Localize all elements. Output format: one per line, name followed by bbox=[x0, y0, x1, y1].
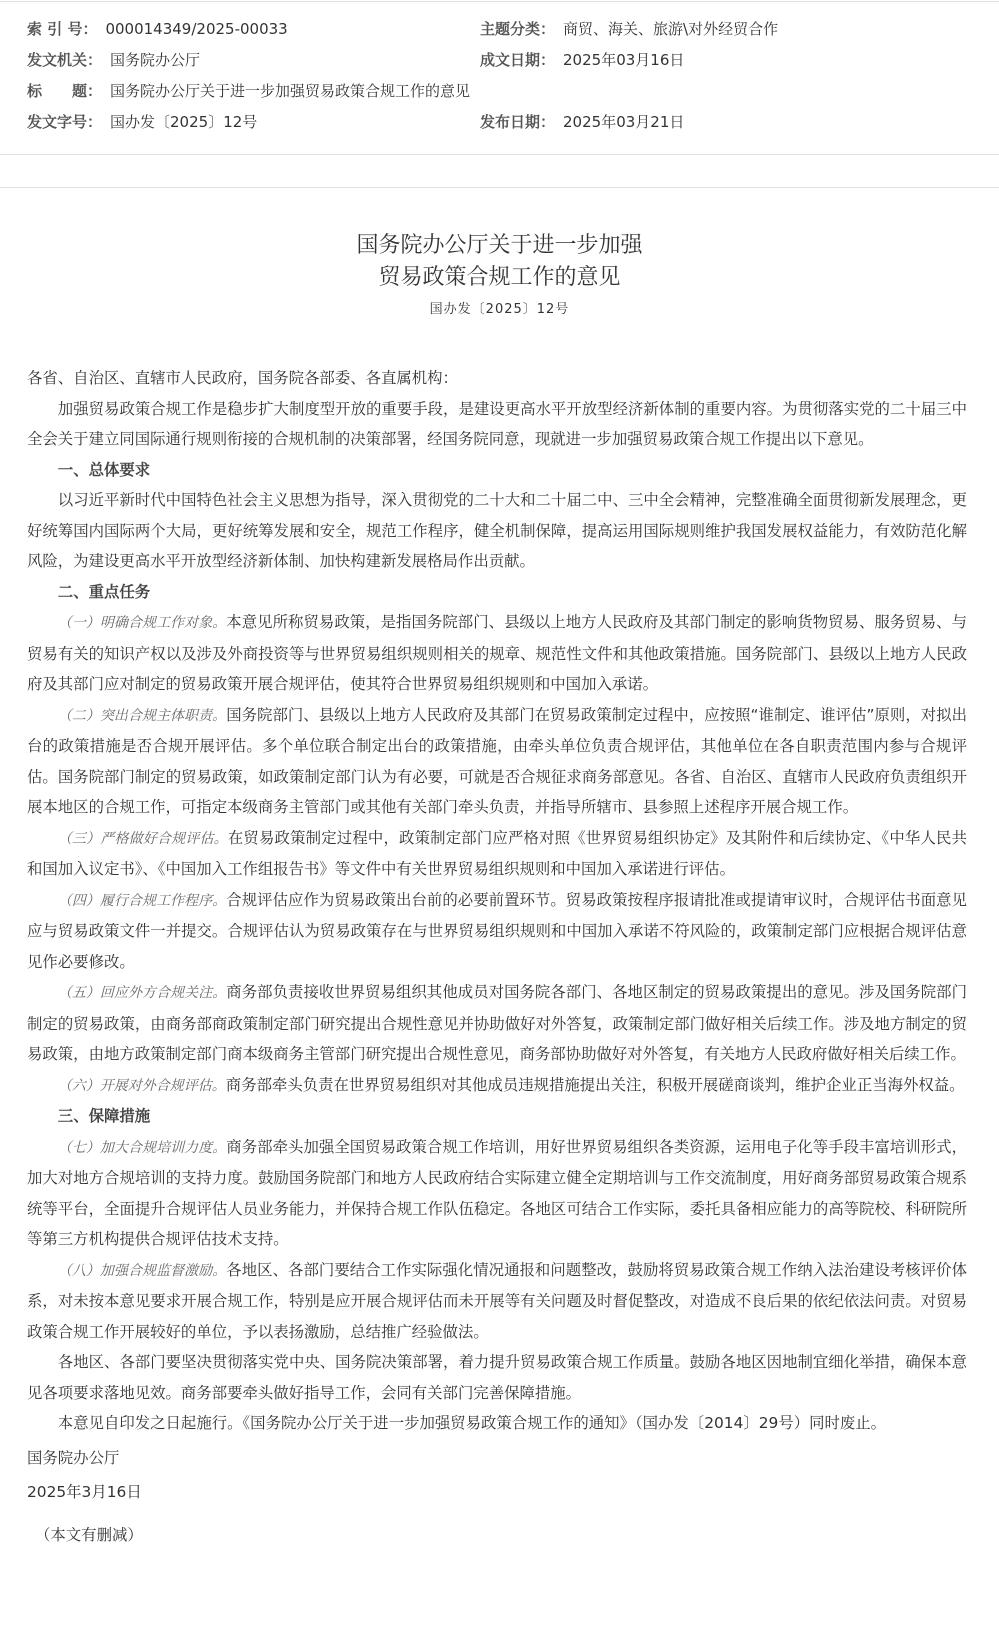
sub-heading: （七）加大合规培训力度。 bbox=[58, 1140, 227, 1156]
meta-label: 发文机关： bbox=[27, 45, 102, 75]
meta-label: 索 引 号： bbox=[27, 14, 97, 44]
intro-paragraph: 加强贸易政策合规工作是稳步扩大制度型开放的重要手段，是建设更高水平开放型经济新体… bbox=[27, 394, 967, 455]
sub-heading: （五）回应外方合规关注。 bbox=[58, 985, 227, 1001]
sub-heading: （一）明确合规工作对象。 bbox=[58, 615, 227, 631]
meta-value: 000014349/2025-00033 bbox=[105, 14, 287, 44]
section-heading: 二、重点任务 bbox=[27, 577, 967, 608]
meta-value: 2025年03月16日 bbox=[563, 45, 684, 75]
meta-doc-number: 发文字号：国办发〔2025〕12号 bbox=[27, 107, 257, 137]
paragraph-text: 以习近平新时代中国特色社会主义思想为指导，深入贯彻党的二十大和二十届二中、三中全… bbox=[27, 491, 967, 570]
paragraph: （二）突出合规主体职责。国务院部门、县级以上地方人民政府及其部门在贸易政策制定过… bbox=[27, 700, 967, 823]
sub-heading: （八）加强合规监督激励。 bbox=[58, 1263, 227, 1279]
sub-heading: （三）严格做好合规评估。 bbox=[58, 831, 228, 847]
closing-paragraph: 本意见自印发之日起施行。《国务院办公厅关于进一步加强贸易政策合规工作的通知》（国… bbox=[27, 1408, 967, 1439]
paragraph: （三）严格做好合规评估。在贸易政策制定过程中，政策制定部门应严格对照《世界贸易组… bbox=[27, 823, 967, 885]
closing-paragraph: 各地区、各部门要坚决贯彻落实党中央、国务院决策部署，着力提升贸易政策合规工作质量… bbox=[27, 1347, 967, 1408]
meta-value: 国务院办公厅关于进一步加强贸易政策合规工作的意见 bbox=[110, 76, 470, 106]
document-title: 国务院办公厅关于进一步加强 贸易政策合规工作的意见 bbox=[0, 230, 999, 294]
meta-value: 国办发〔2025〕12号 bbox=[110, 107, 257, 137]
document-title-line: 贸易政策合规工作的意见 bbox=[0, 262, 999, 294]
document-title-line: 国务院办公厅关于进一步加强 bbox=[0, 230, 999, 262]
meta-index-no: 索 引 号：000014349/2025-00033 bbox=[27, 14, 288, 44]
sub-heading: （六）开展对外合规评估。 bbox=[58, 1078, 226, 1094]
abridged-note: （本文有删减） bbox=[27, 1520, 967, 1551]
paragraph: （六）开展对外合规评估。商务部牵头负责在世界贸易组织对其他成员违规措施提出关注，… bbox=[27, 1070, 967, 1102]
meta-issuer: 发文机关：国务院办公厅 bbox=[27, 45, 200, 75]
paragraph: （五）回应外方合规关注。商务部负责接收世界贸易组织其他成员对国务院各部门、各地区… bbox=[27, 977, 967, 1070]
meta-label: 标 题： bbox=[27, 76, 102, 106]
signature-date: 2025年3月16日 bbox=[27, 1477, 967, 1508]
document-number: 国办发〔2025〕12号 bbox=[0, 298, 999, 317]
paragraph: 以习近平新时代中国特色社会主义思想为指导，深入贯彻党的二十大和二十届二中、三中全… bbox=[27, 485, 967, 577]
meta-written-date: 成文日期：2025年03月16日 bbox=[480, 45, 684, 75]
meta-value: 商贸、海关、旅游\对外经贸合作 bbox=[563, 14, 778, 44]
meta-publish-date: 发布日期：2025年03月21日 bbox=[480, 107, 684, 137]
meta-value: 2025年03月21日 bbox=[563, 107, 684, 137]
meta-label: 发布日期： bbox=[480, 107, 555, 137]
sub-heading: （四）履行合规工作程序。 bbox=[58, 893, 227, 909]
section-heading: 一、总体要求 bbox=[27, 455, 967, 486]
sub-heading: （二）突出合规主体职责。 bbox=[58, 708, 226, 724]
meta-value: 国务院办公厅 bbox=[110, 45, 200, 75]
paragraph: （一）明确合规工作对象。本意见所称贸易政策，是指国务院部门、县级以上地方人民政府… bbox=[27, 607, 967, 700]
divider bbox=[0, 187, 999, 188]
meta-label: 主题分类： bbox=[480, 14, 555, 44]
meta-label: 发文字号： bbox=[27, 107, 102, 137]
meta-title: 标 题：国务院办公厅关于进一步加强贸易政策合规工作的意见 bbox=[27, 76, 470, 106]
salutation: 各省、自治区、直辖市人民政府，国务院各部委、各直属机构： bbox=[27, 363, 967, 394]
section-heading: 三、保障措施 bbox=[27, 1101, 967, 1132]
paragraph: （七）加大合规培训力度。商务部牵头加强全国贸易政策合规工作培训，用好世界贸易组织… bbox=[27, 1132, 967, 1255]
signature: 国务院办公厅 bbox=[27, 1443, 967, 1474]
meta-subject: 主题分类：商贸、海关、旅游\对外经贸合作 bbox=[480, 14, 778, 44]
paragraph: （四）履行合规工作程序。合规评估应作为贸易政策出台前的必要前置环节。贸易政策按程… bbox=[27, 885, 967, 978]
paragraph-text: 商务部牵头负责在世界贸易组织对其他成员违规措施提出关注，积极开展磋商谈判，维护企… bbox=[226, 1076, 965, 1094]
document-body: 各省、自治区、直辖市人民政府，国务院各部委、各直属机构： 加强贸易政策合规工作是… bbox=[27, 363, 967, 1550]
meta-label: 成文日期： bbox=[480, 45, 555, 75]
top-divider bbox=[0, 1, 999, 2]
paragraph: （八）加强合规监督激励。各地区、各部门要结合工作实际强化情况通报和问题整改，鼓励… bbox=[27, 1255, 967, 1348]
divider bbox=[0, 154, 999, 155]
